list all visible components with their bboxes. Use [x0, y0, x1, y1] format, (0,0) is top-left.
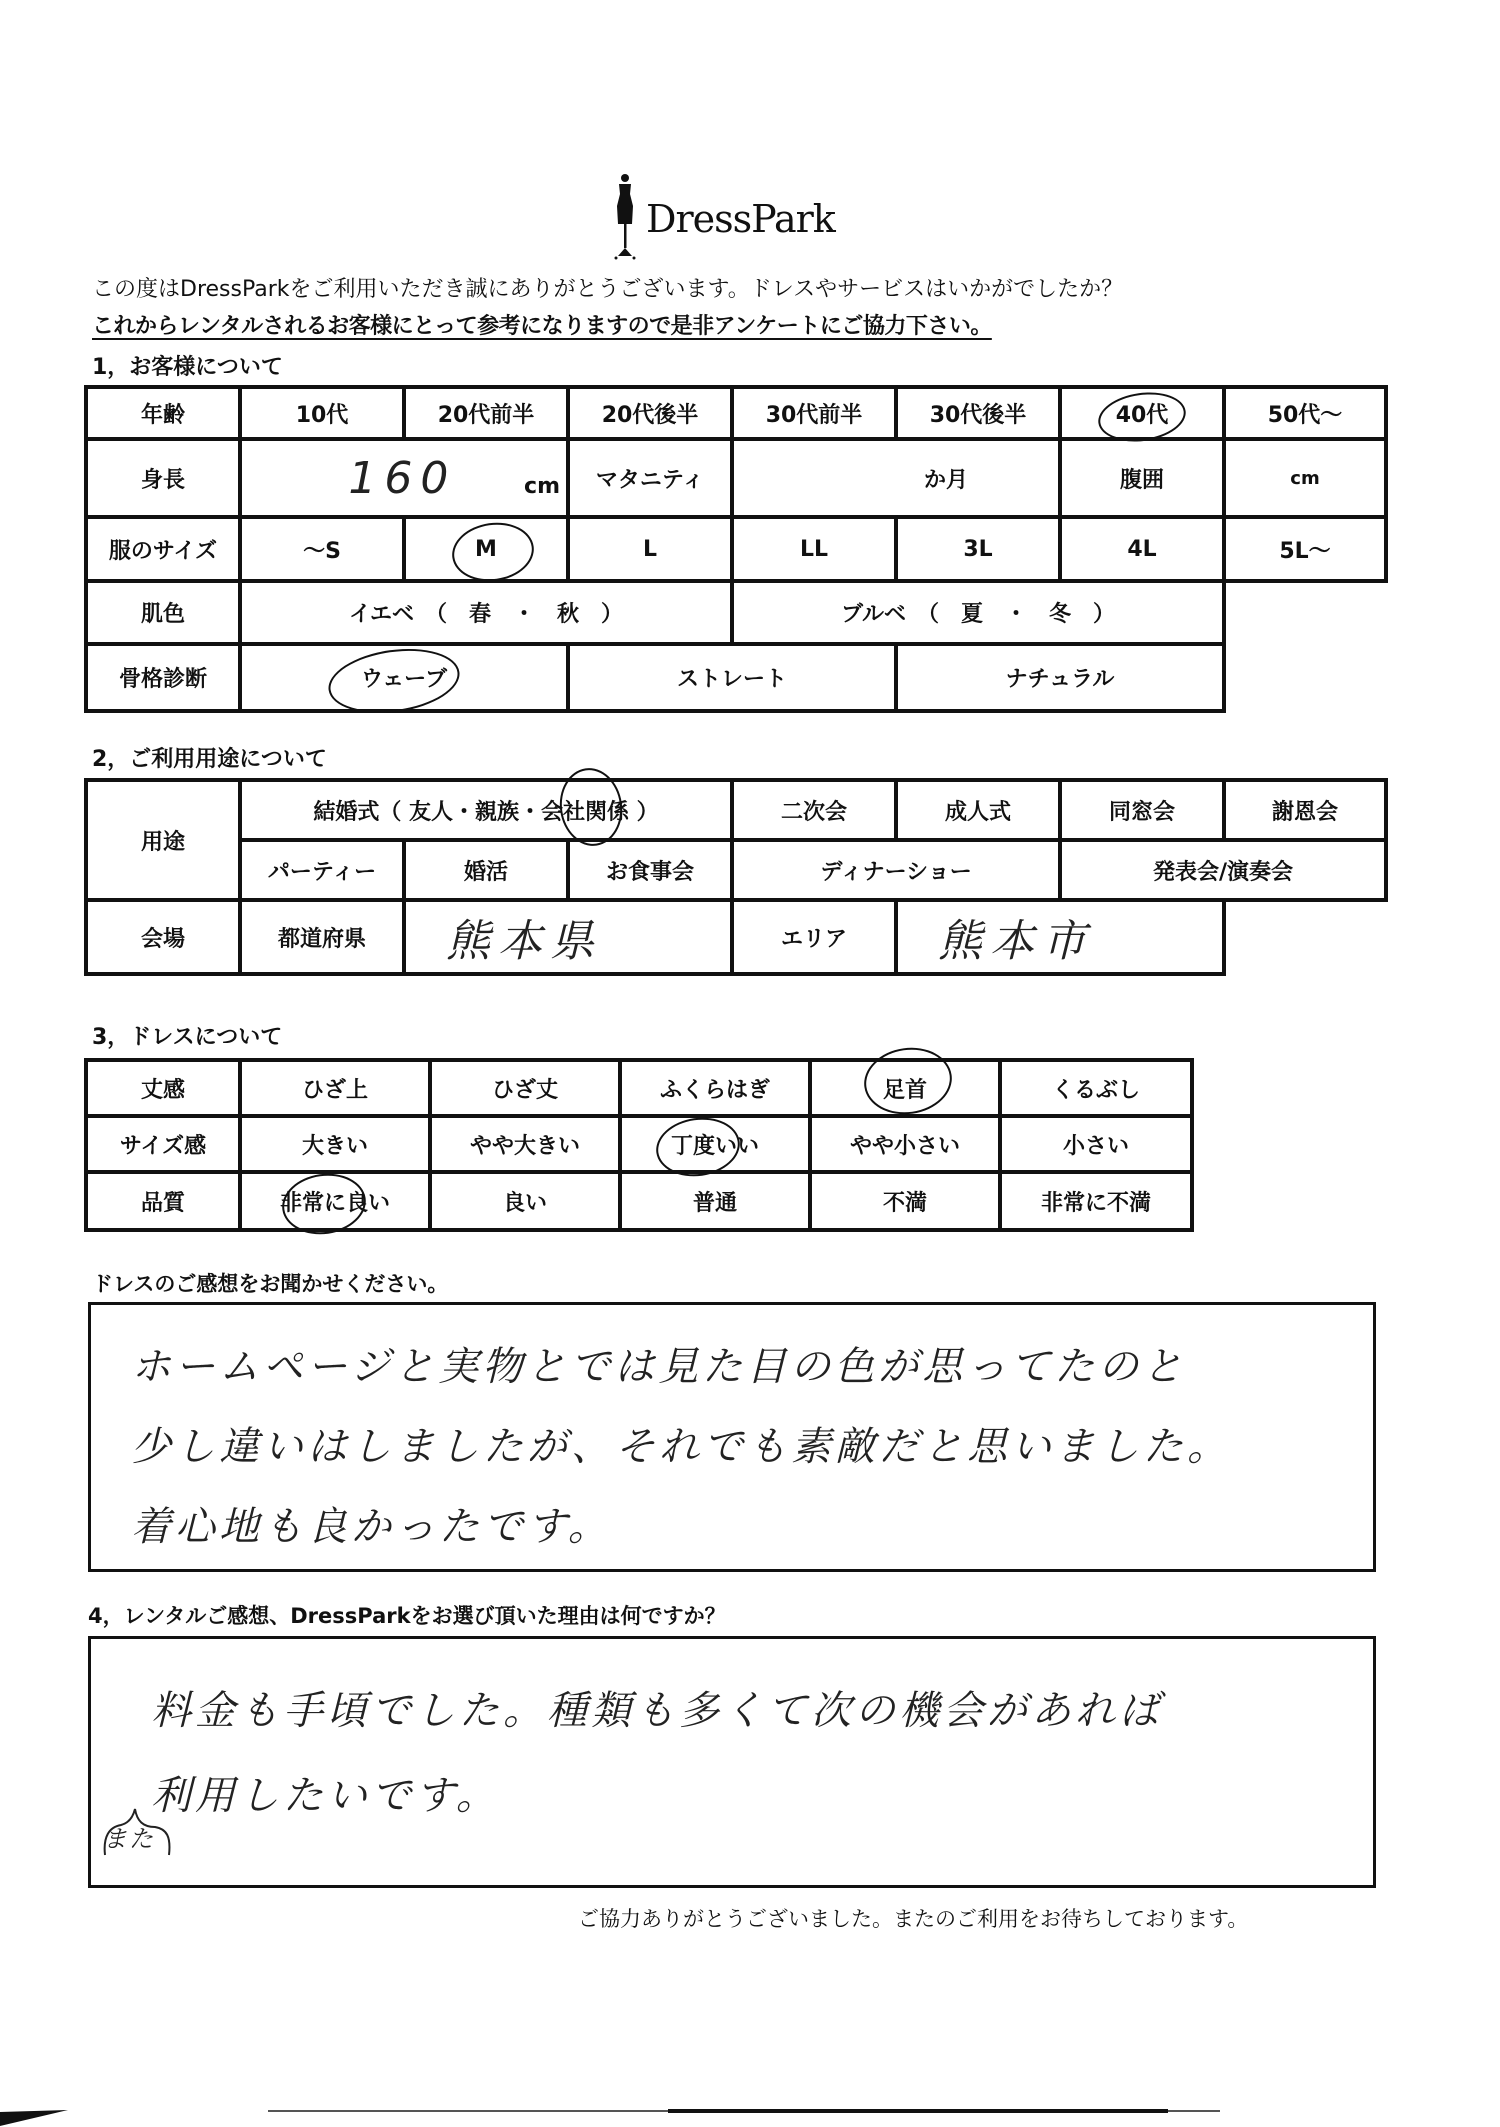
dress-comment-line: 少し違いはしましたが、それでも素敵だと思いました。	[131, 1415, 1231, 1472]
brand-name: DressPark	[646, 200, 835, 238]
rental-comment-line: 料金も手頃でした。種類も多くて次の機会があれば	[151, 1679, 1163, 1736]
dress-comment-line: ホームページと実物とでは見た目の色が思ってたのと	[131, 1335, 1186, 1392]
length-option-label: 足首	[883, 1078, 927, 1103]
height-unit: cm	[524, 474, 560, 499]
frame-row: 骨格診断 ウェーブ ストレート ナチュラル	[86, 644, 1386, 711]
scan-edge-mark-icon	[0, 2108, 70, 2127]
dress-table: 丈感 ひざ上 ひざ丈 ふくらはぎ 足首 くるぶし サイズ感 大きい やや大きい …	[84, 1058, 1194, 1232]
venue-label: 会場	[86, 900, 240, 974]
footer-divider	[1168, 2110, 1220, 2112]
skin-yellow-option[interactable]: イエベ （ 春 ・ 秋 ）	[240, 581, 732, 644]
length-option[interactable]: ふくらはぎ	[620, 1060, 810, 1116]
purpose-option[interactable]: ディナーショー	[732, 840, 1060, 900]
purpose-option[interactable]: 謝恩会	[1224, 780, 1386, 840]
prefecture-field[interactable]: 熊本県	[404, 900, 732, 974]
height-value: 160	[348, 453, 456, 504]
quality-option-selected[interactable]: 非常に良い	[240, 1172, 430, 1230]
fit-option[interactable]: 大きい	[240, 1116, 430, 1172]
quality-option[interactable]: 非常に不満	[1000, 1172, 1192, 1230]
age-option[interactable]: 50代〜	[1224, 387, 1386, 439]
length-row: 丈感 ひざ上 ひざ丈 ふくらはぎ 足首 くるぶし	[86, 1060, 1192, 1116]
purpose-option[interactable]: 二次会	[732, 780, 896, 840]
intro-request-text: これからレンタルされるお客様にとって参考になりますので是非アンケートにご協力下さ…	[92, 309, 992, 340]
dress-form-mannequin-icon	[610, 172, 640, 262]
age-option[interactable]: 30代後半	[896, 387, 1060, 439]
quality-option[interactable]: 普通	[620, 1172, 810, 1230]
purpose-wedding-option[interactable]: 結婚式（ 友人・親族・会社関係 ）	[240, 780, 732, 840]
section1-title: 1，お客様について	[92, 350, 283, 381]
maternity-unit: か月	[924, 468, 968, 493]
length-label: 丈感	[86, 1060, 240, 1116]
size-option[interactable]: L	[568, 517, 732, 581]
intro-thanks-text: この度はDressParkをご利用いただき誠にありがとうございます。ドレスやサー…	[92, 272, 1123, 303]
insertion-caret-icon	[99, 1807, 209, 1857]
purpose-option[interactable]: パーティー	[240, 840, 404, 900]
length-option-selected[interactable]: 足首	[810, 1060, 1000, 1116]
size-label: 服のサイズ	[86, 517, 240, 581]
length-option[interactable]: ひざ丈	[430, 1060, 620, 1116]
age-option[interactable]: 20代前半	[404, 387, 568, 439]
height-field[interactable]: 160 cm	[240, 439, 568, 517]
footer-divider	[268, 2110, 668, 2112]
fit-row: サイズ感 大きい やや大きい 丁度いい やや小さい 小さい	[86, 1116, 1192, 1172]
size-row: 服のサイズ 〜S M L LL 3L 4L 5L〜	[86, 517, 1386, 581]
frame-option[interactable]: ストレート	[568, 644, 896, 711]
frame-option-selected[interactable]: ウェーブ	[240, 644, 568, 711]
closing-thanks-text: ご協力ありがとうございました。またのご利用をお待ちしております。	[578, 1903, 1248, 1933]
fit-label: サイズ感	[86, 1116, 240, 1172]
purpose-option[interactable]: お食事会	[568, 840, 732, 900]
empty-cell	[1224, 581, 1386, 644]
purpose-option[interactable]: 同窓会	[1060, 780, 1224, 840]
purpose-wedding-label: 結婚式（ 友人・親族・会社関係 ）	[313, 800, 658, 825]
dresspark-logo: DressPark	[610, 172, 835, 262]
fit-option[interactable]: 小さい	[1000, 1116, 1192, 1172]
purpose-option[interactable]: 発表会/演奏会	[1060, 840, 1386, 900]
fit-option[interactable]: やや大きい	[430, 1116, 620, 1172]
length-option[interactable]: くるぶし	[1000, 1060, 1192, 1116]
skin-blue-option[interactable]: ブルベ （ 夏 ・ 冬 ）	[732, 581, 1224, 644]
fit-option-label: 丁度いい	[671, 1134, 759, 1159]
dress-comment-box[interactable]: ホームページと実物とでは見た目の色が思ってたのと 少し違いはしましたが、それでも…	[88, 1302, 1376, 1572]
skin-row: 肌色 イエベ （ 春 ・ 秋 ） ブルベ （ 夏 ・ 冬 ）	[86, 581, 1386, 644]
purpose-row-2: パーティー 婚活 お食事会 ディナーショー 発表会/演奏会	[86, 840, 1386, 900]
fit-option[interactable]: やや小さい	[810, 1116, 1000, 1172]
size-option[interactable]: LL	[732, 517, 896, 581]
waist-label: 腹囲	[1060, 439, 1224, 517]
waist-field[interactable]: cm	[1224, 439, 1386, 517]
size-option[interactable]: 4L	[1060, 517, 1224, 581]
age-option[interactable]: 30代前半	[732, 387, 896, 439]
quality-option-label: 非常に良い	[280, 1191, 390, 1216]
area-field[interactable]: 熊本市	[896, 900, 1224, 974]
frame-label: 骨格診断	[86, 644, 240, 711]
age-option-label: 40代	[1116, 403, 1169, 428]
section4-title: 4，レンタルご感想、DressParkをお選び頂いた理由は何ですか？	[88, 1600, 726, 1630]
frame-option-label: ウェーブ	[361, 667, 447, 692]
height-label: 身長	[86, 439, 240, 517]
age-row: 年齢 10代 20代前半 20代後半 30代前半 30代後半 40代 50代〜	[86, 387, 1386, 439]
usage-table: 用途 結婚式（ 友人・親族・会社関係 ） 二次会 成人式 同窓会 謝恩会 パーテ…	[84, 778, 1388, 976]
purpose-label: 用途	[86, 780, 240, 900]
purpose-option[interactable]: 婚活	[404, 840, 568, 900]
purpose-option[interactable]: 成人式	[896, 780, 1060, 840]
size-option-selected[interactable]: M	[404, 517, 568, 581]
skin-label: 肌色	[86, 581, 240, 644]
age-label: 年齢	[86, 387, 240, 439]
size-option[interactable]: 5L〜	[1224, 517, 1386, 581]
empty-cell	[1224, 644, 1386, 711]
purpose-row-1: 用途 結婚式（ 友人・親族・会社関係 ） 二次会 成人式 同窓会 謝恩会	[86, 780, 1386, 840]
prefecture-label: 都道府県	[240, 900, 404, 974]
area-value: 熊本市	[938, 916, 1094, 967]
size-option[interactable]: 3L	[896, 517, 1060, 581]
waist-unit: cm	[1290, 468, 1319, 489]
customer-info-table: 年齢 10代 20代前半 20代後半 30代前半 30代後半 40代 50代〜 …	[84, 385, 1388, 713]
quality-option[interactable]: 良い	[430, 1172, 620, 1230]
size-option-label: M	[475, 537, 497, 562]
maternity-months-field[interactable]: か月	[732, 439, 1060, 517]
length-option[interactable]: ひざ上	[240, 1060, 430, 1116]
prefecture-value: 熊本県	[446, 916, 602, 967]
fit-option-selected[interactable]: 丁度いい	[620, 1116, 810, 1172]
dress-comment-line: 着心地も良かったです。	[131, 1495, 612, 1552]
quality-label: 品質	[86, 1172, 240, 1230]
size-option[interactable]: 〜S	[240, 517, 404, 581]
age-option[interactable]: 10代	[240, 387, 404, 439]
maternity-label: マタニティ	[568, 439, 732, 517]
quality-row: 品質 非常に良い 良い 普通 不満 非常に不満	[86, 1172, 1192, 1230]
age-option-selected[interactable]: 40代	[1060, 387, 1224, 439]
quality-option[interactable]: 不満	[810, 1172, 1000, 1230]
footer-divider	[668, 2109, 1168, 2113]
dress-comment-prompt: ドレスのご感想をお聞かせください。	[92, 1268, 448, 1298]
frame-option[interactable]: ナチュラル	[896, 644, 1224, 711]
height-row: 身長 160 cm マタニティ か月 腹囲 cm	[86, 439, 1386, 517]
age-option[interactable]: 20代後半	[568, 387, 732, 439]
area-label: エリア	[732, 900, 896, 974]
venue-row: 会場 都道府県 熊本県 エリア 熊本市	[86, 900, 1386, 974]
section2-title: 2，ご利用用途について	[92, 742, 327, 773]
section3-title: 3，ドレスについて	[92, 1020, 282, 1051]
rental-comment-box[interactable]: 料金も手頃でした。種類も多くて次の機会があれば 利用したいです。 また	[88, 1636, 1376, 1888]
empty-cell	[1224, 900, 1386, 974]
